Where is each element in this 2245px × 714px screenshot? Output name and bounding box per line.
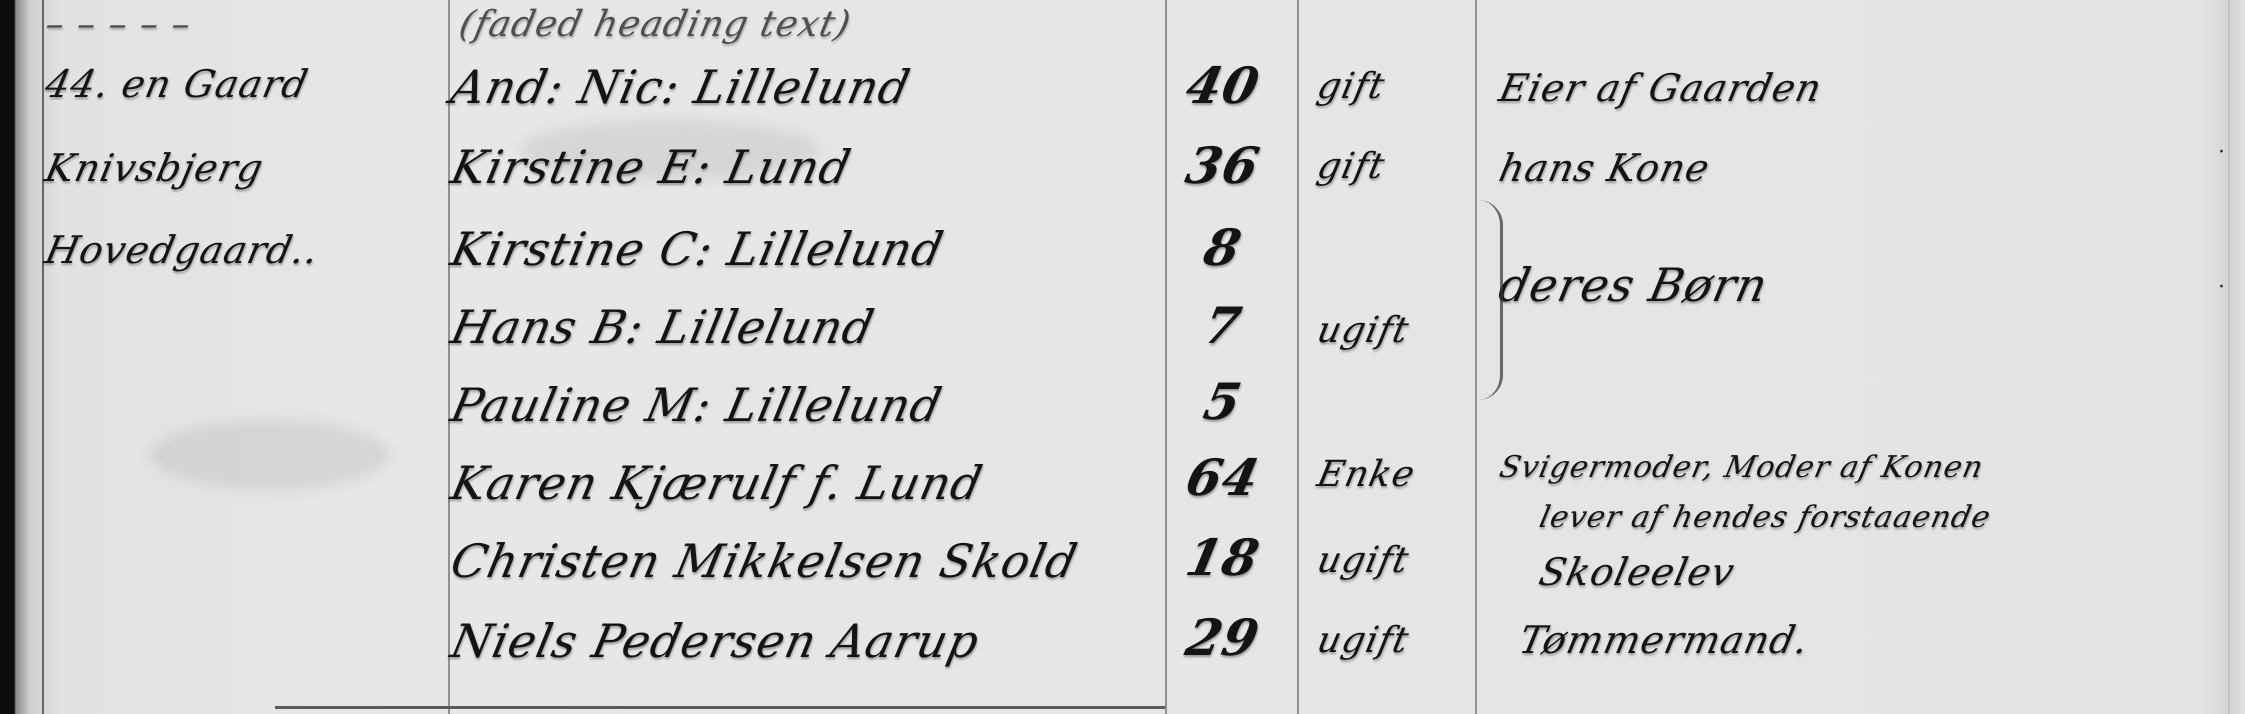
row-2-position: hans Kone xyxy=(1495,146,1714,190)
row-5-age: 5 xyxy=(1172,372,1275,431)
row-2-age: 36 xyxy=(1172,136,1275,195)
row-8-name: Niels Pedersen Aarup xyxy=(446,614,984,668)
row-4-age: 7 xyxy=(1172,296,1275,355)
children-brace xyxy=(1478,200,1503,400)
place-line-3: Hovedgaard.. xyxy=(41,228,323,272)
row-4-name: Hans B: Lillelund xyxy=(446,300,879,354)
register-page: – – – – – (faded heading text) 44. en Ga… xyxy=(0,0,2245,714)
header-fragment-left: – – – – – xyxy=(42,4,195,45)
page-margin-rule xyxy=(42,0,44,714)
place-line-1: 44. en Gaard xyxy=(41,62,312,106)
row-3-age: 8 xyxy=(1172,218,1275,277)
margin-mark: · xyxy=(2218,140,2225,165)
row-5-name: Pauline M: Lillelund xyxy=(446,378,947,432)
section-end-rule xyxy=(275,706,1165,709)
row-8-position: Tømmermand. xyxy=(1515,618,1813,662)
column-rule-right xyxy=(2228,0,2230,714)
row-6-position-line-2: lever af hendes forstaaende xyxy=(1536,500,1994,535)
row-2-civil-status: gift xyxy=(1314,146,1389,187)
column-rule-name-age xyxy=(1165,0,1167,714)
row-3-name: Kirstine C: Lillelund xyxy=(446,222,948,276)
row-6-civil-status: Enke xyxy=(1314,454,1419,495)
row-1-position: Eier af Gaarden xyxy=(1495,66,1826,110)
row-1-civil-status: gift xyxy=(1314,66,1389,107)
row-8-age: 29 xyxy=(1172,608,1275,667)
row-1-name: And: Nic: Lillelund xyxy=(446,60,915,114)
row-6-position: Svigermoder, Moder af Konen xyxy=(1496,450,1987,485)
column-rule-civil-position xyxy=(1475,0,1477,714)
row-7-name: Christen Mikkelsen Skold xyxy=(446,534,1082,588)
row-6-age: 64 xyxy=(1172,448,1275,507)
row-2-name: Kirstine E: Lund xyxy=(446,140,856,194)
ink-smudge xyxy=(150,420,390,490)
row-1-age: 40 xyxy=(1172,56,1275,115)
row-7-civil-status: ugift xyxy=(1314,540,1413,581)
margin-mark: · xyxy=(2218,275,2225,300)
place-line-2: Knivsbjerg xyxy=(41,146,267,190)
row-6-name: Karen Kjærulf f. Lund xyxy=(446,456,987,510)
row-7-position: Skoleelev xyxy=(1535,550,1739,594)
column-rule-age-civil xyxy=(1297,0,1299,714)
header-fragment-names: (faded heading text) xyxy=(456,4,855,45)
row-8-civil-status: ugift xyxy=(1314,620,1413,661)
row-4-civil-status: ugift xyxy=(1314,310,1413,351)
row-4-position: deres Børn xyxy=(1494,258,1773,312)
row-7-age: 18 xyxy=(1172,528,1275,587)
